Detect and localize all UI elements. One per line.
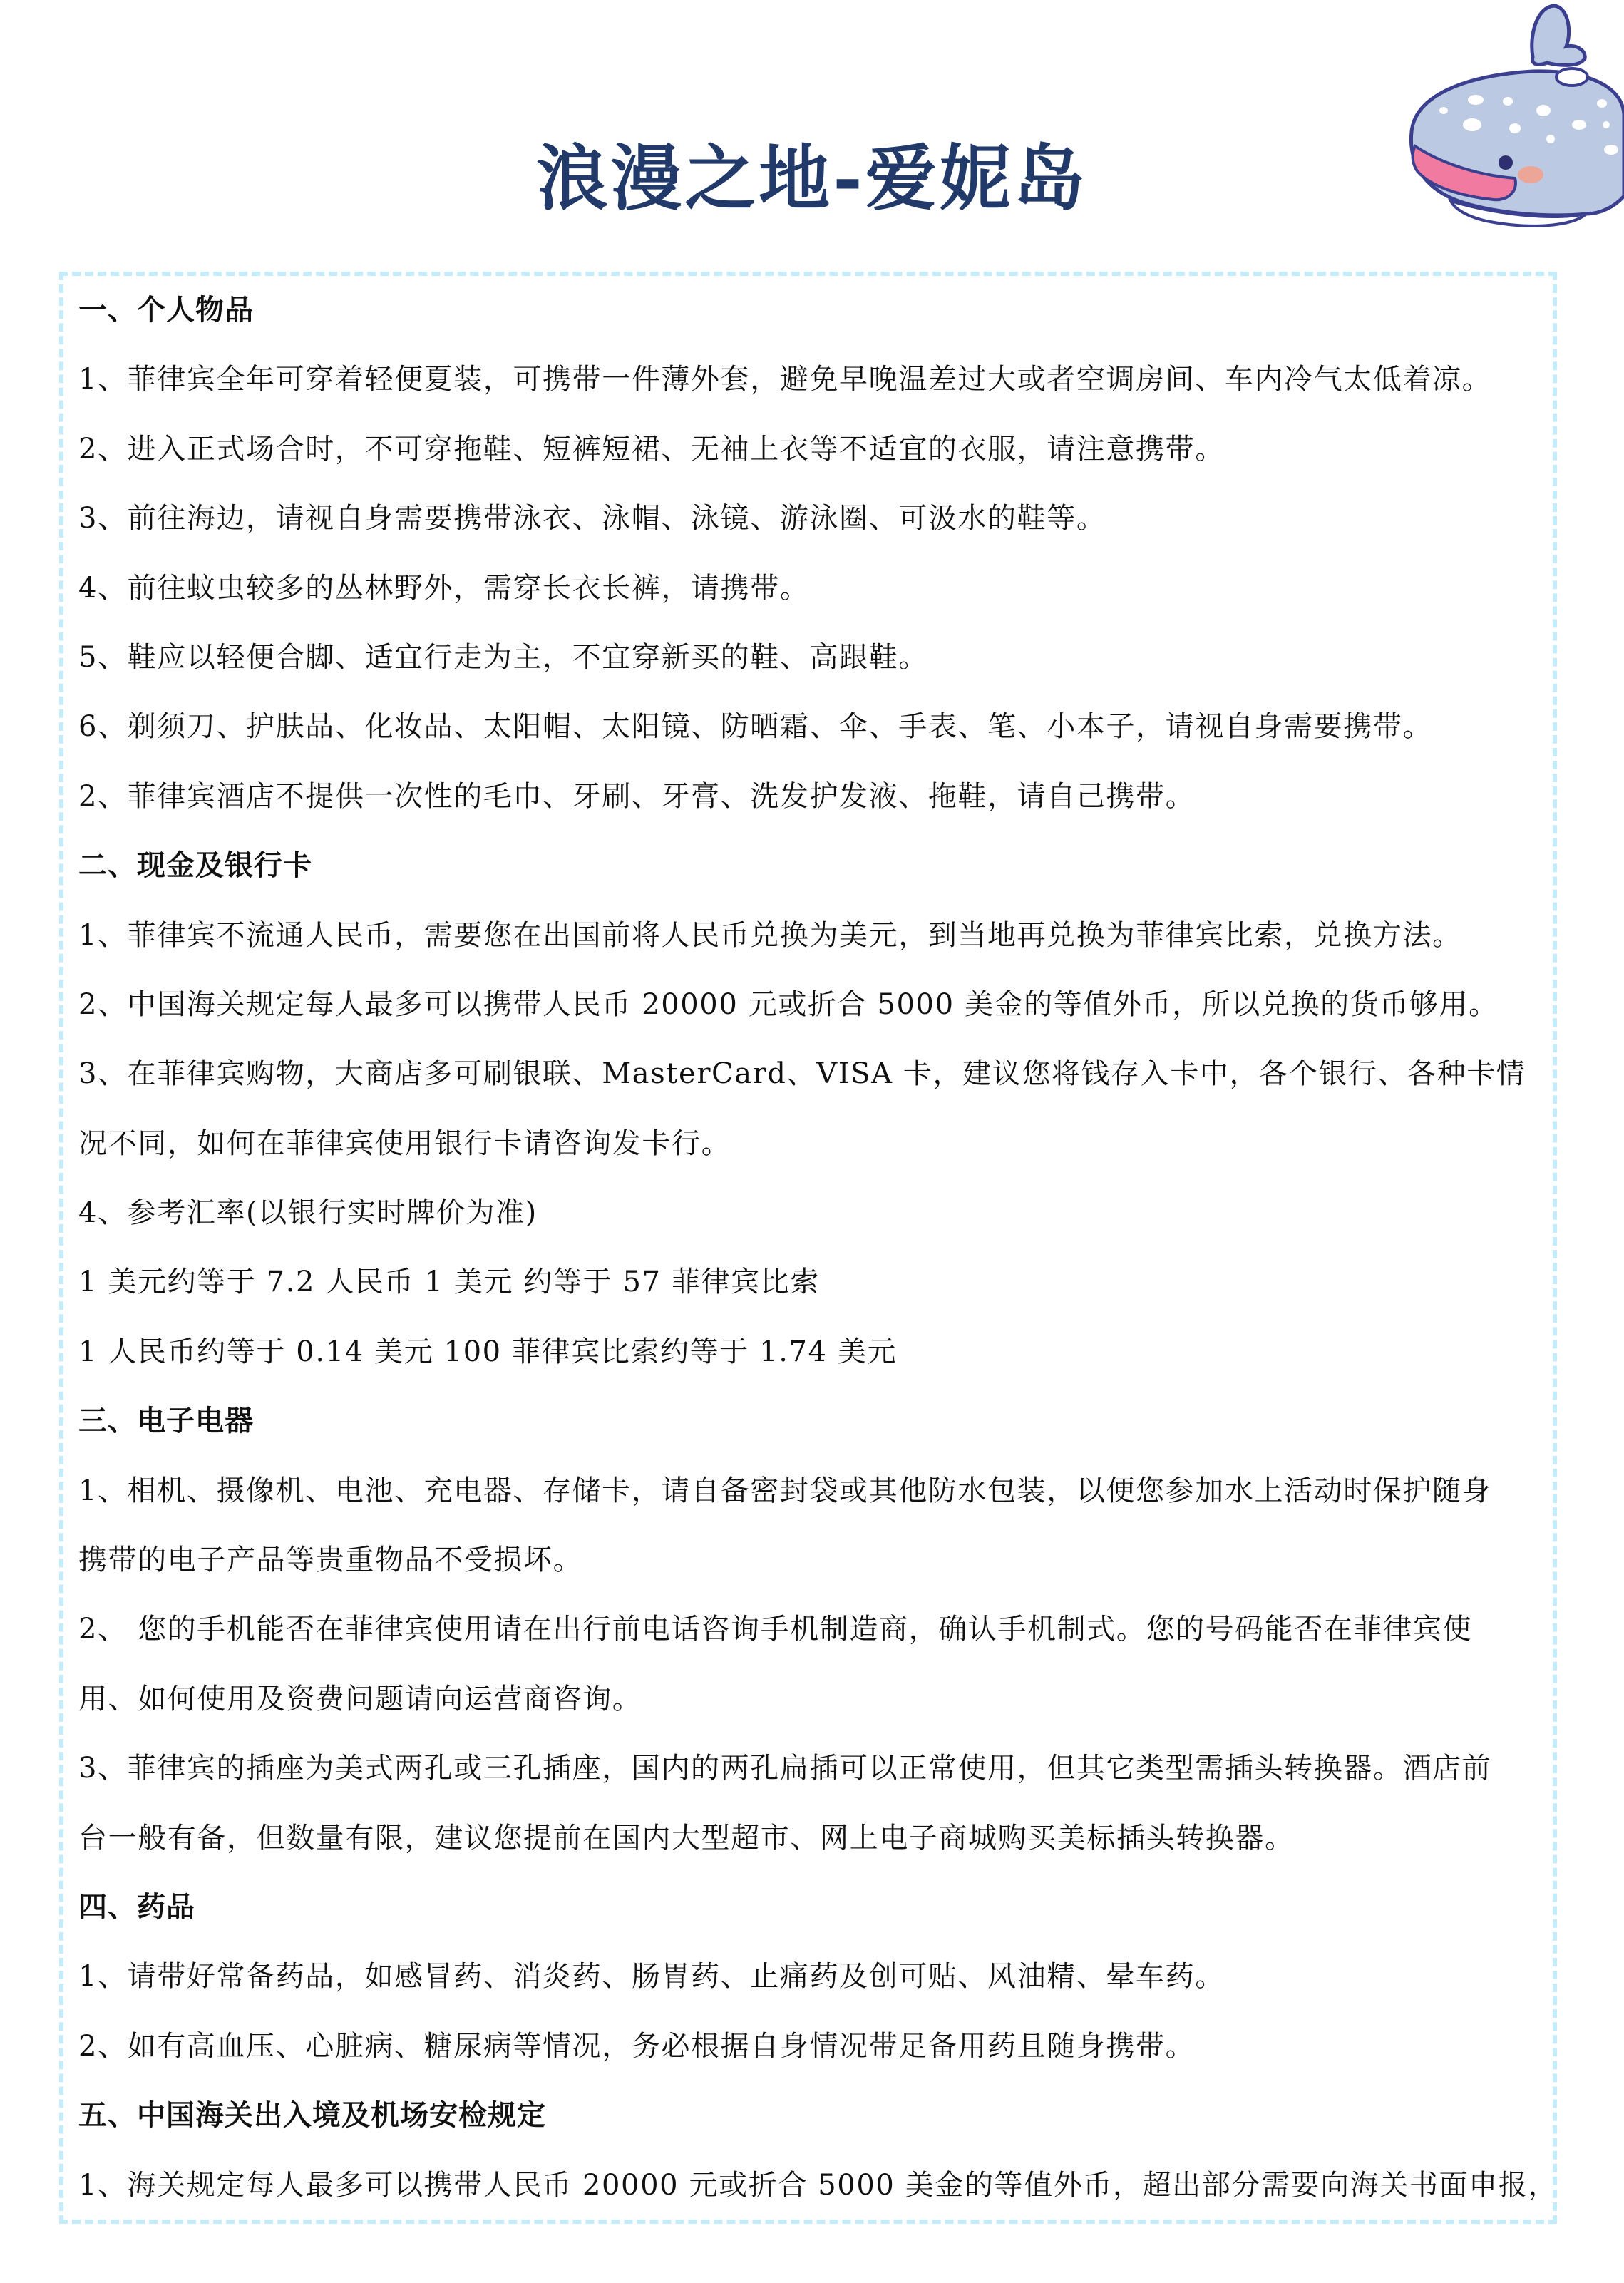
list-item: 2、如有高血压、心脏病、糖尿病等情况，务必根据自身情况带足备用药且随身携带。: [78, 2025, 1547, 2094]
list-item-continuation: 况不同，如何在菲律宾使用银行卡请咨询发卡行。: [78, 1122, 1547, 1191]
list-item: 4、前往蚊虫较多的丛林野外，需穿长衣长裤，请携带。: [78, 567, 1547, 636]
list-item: 1、请带好常备药品，如感冒药、消炎药、肠胃药、止痛药及创可贴、风油精、晕车药。: [78, 1955, 1547, 2024]
list-item: 3、前往海边，请视自身需要携带泳衣、泳帽、泳镜、游泳圈、可汲水的鞋等。: [78, 497, 1547, 566]
section-heading-medicine: 四、药品: [78, 1886, 1547, 1955]
list-item: 2、 您的手机能否在菲律宾使用请在出行前电话咨询手机制造商，确认手机制式。您的号…: [78, 1608, 1547, 1677]
whale-illustration-icon: [1372, 0, 1624, 246]
list-item: 4、参考汇率(以银行实时牌价为准): [78, 1191, 1547, 1261]
section-heading-electronics: 三、电子电器: [78, 1400, 1547, 1469]
exchange-rate-line: 1 美元约等于 7.2 人民币 1 美元 约等于 57 菲律宾比索: [78, 1261, 1547, 1330]
section-heading-customs-security: 五、中国海关出入境及机场安检规定: [78, 2094, 1547, 2163]
list-item: 3、菲律宾的插座为美式两孔或三孔插座，国内的两孔扁插可以正常使用，但其它类型需插…: [78, 1747, 1547, 1816]
list-item-continuation: 用、如何使用及资费问题请向运营商咨询。: [78, 1678, 1547, 1747]
exchange-rate-line: 1 人民币约等于 0.14 美元 100 菲律宾比索约等于 1.74 美元: [78, 1330, 1547, 1400]
list-item-continuation: 携带的电子产品等贵重物品不受损坏。: [78, 1539, 1547, 1608]
list-item: 1、菲律宾不流通人民币，需要您在出国前将人民币兑换为美元，到当地再兑换为菲律宾比…: [78, 914, 1547, 983]
list-item: 1、相机、摄像机、电池、充电器、存储卡，请自备密封袋或其他防水包装，以便您参加水…: [78, 1469, 1547, 1539]
list-item: 5、鞋应以轻便合脚、适宜行走为主，不宜穿新买的鞋、高跟鞋。: [78, 636, 1547, 705]
list-item: 6、剃须刀、护肤品、化妆品、太阳帽、太阳镜、防晒霜、伞、手表、笔、小本子，请视自…: [78, 705, 1547, 774]
list-item-continuation: 台一般有备，但数量有限，建议您提前在国内大型超市、网上电子商城购买美标插头转换器…: [78, 1817, 1547, 1886]
list-item: 2、中国海关规定每人最多可以携带人民币 20000 元或折合 5000 美金的等…: [78, 983, 1547, 1052]
section-heading-cash-and-cards: 二、现金及银行卡: [78, 844, 1547, 913]
list-item: 1、海关规定每人最多可以携带人民币 20000 元或折合 5000 美金的等值外…: [78, 2164, 1547, 2233]
list-item: 3、在菲律宾购物，大商店多可刷银联、MasterCard、VISA 卡，建议您将…: [78, 1052, 1547, 1122]
list-item: 1、菲律宾全年可穿着轻便夏装，可携带一件薄外套，避免早晚温差过大或者空调房间、车…: [78, 358, 1547, 427]
list-item: 2、菲律宾酒店不提供一次性的毛巾、牙刷、牙膏、洗发护发液、拖鞋，请自己携带。: [78, 775, 1547, 844]
list-item: 2、进入正式场合时，不可穿拖鞋、短裤短裙、无袖上衣等不适宜的衣服，请注意携带。: [78, 428, 1547, 497]
document-body: 一、个人物品 1、菲律宾全年可穿着轻便夏装，可携带一件薄外套，避免早晚温差过大或…: [78, 289, 1547, 2233]
section-heading-personal-items: 一、个人物品: [78, 289, 1547, 358]
